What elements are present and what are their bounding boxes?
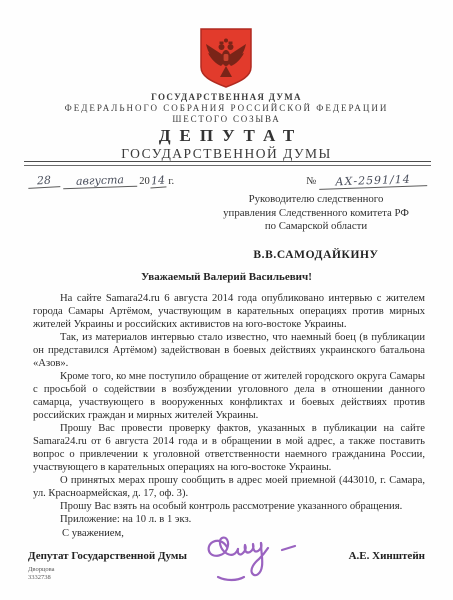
letterhead: ГОСУДАРСТВЕННАЯ ДУМА ФЕДЕРАЛЬНОГО СОБРАН… <box>0 92 453 124</box>
number-line: № АХ-2591/14 <box>306 174 427 188</box>
paragraph: Прошу Вас провести проверку фактов, указ… <box>33 422 425 474</box>
letterhead-title-deputy: ДЕПУТАТ <box>0 126 453 146</box>
signature-strokes <box>209 538 295 580</box>
handwritten-date-day: 28 <box>28 173 61 189</box>
number-label: № <box>306 176 316 187</box>
russia-coat-of-arms-icon <box>197 27 255 89</box>
addressee-line: Руководителю следственного <box>201 193 431 207</box>
org-subname: ФЕДЕРАЛЬНОГО СОБРАНИЯ РОССИЙСКОЙ ФЕДЕРАЦ… <box>0 103 453 113</box>
salutation: Уважаемый Валерий Васильевич! <box>0 271 453 283</box>
signer-name: А.Е. Хинштейн <box>349 550 425 562</box>
addressee-line: по Самарской области <box>201 220 431 234</box>
paragraph: О принятых мерах прошу сообщить в адрес … <box>33 474 425 500</box>
date-suffix: г. <box>168 176 174 187</box>
handwritten-number: АХ-2591/14 <box>319 172 427 190</box>
signer-position: Депутат Государственной Думы <box>28 550 187 562</box>
executor-info: Дворцова 3332738 <box>28 566 55 582</box>
addressee-name: В.В.САМОДАЙКИНУ <box>201 249 431 263</box>
handwritten-signature-icon <box>196 522 318 592</box>
letter-body: На сайте Samara24.ru 6 августа 2014 года… <box>33 292 425 526</box>
addressee-line: управления Следственного комитета РФ <box>201 207 431 221</box>
letter-page: ГОСУДАРСТВЕННАЯ ДУМА ФЕДЕРАЛЬНОГО СОБРАН… <box>0 0 453 600</box>
paragraph: Так, из материалов интервью стало извест… <box>33 331 425 370</box>
paragraph: Прошу Вас взять на особый контроль рассм… <box>33 500 425 513</box>
paragraph: Кроме того, ко мне поступило обращение о… <box>33 370 425 422</box>
addressee-block: Руководителю следственного управления Сл… <box>201 193 431 262</box>
letterhead-divider <box>24 161 431 166</box>
handwritten-date-year: 14 <box>149 173 166 188</box>
executor-name: Дворцова <box>28 566 55 574</box>
executor-phone: 3332738 <box>28 574 55 582</box>
closing: С уважением, <box>62 528 124 539</box>
org-name: ГОСУДАРСТВЕННАЯ ДУМА <box>0 92 453 102</box>
emblem-breast-shield <box>224 54 229 61</box>
printed-year-prefix: 20 <box>139 176 150 187</box>
org-convocation: ШЕСТОГО СОЗЫВА <box>0 114 453 124</box>
paragraph: На сайте Samara24.ru 6 августа 2014 года… <box>33 292 425 331</box>
letterhead-title-duma: ГОСУДАРСТВЕННОЙ ДУМЫ <box>0 146 453 162</box>
date-line: 28 августа 2014 г. <box>28 174 174 188</box>
handwritten-date-month: августа <box>62 173 136 190</box>
